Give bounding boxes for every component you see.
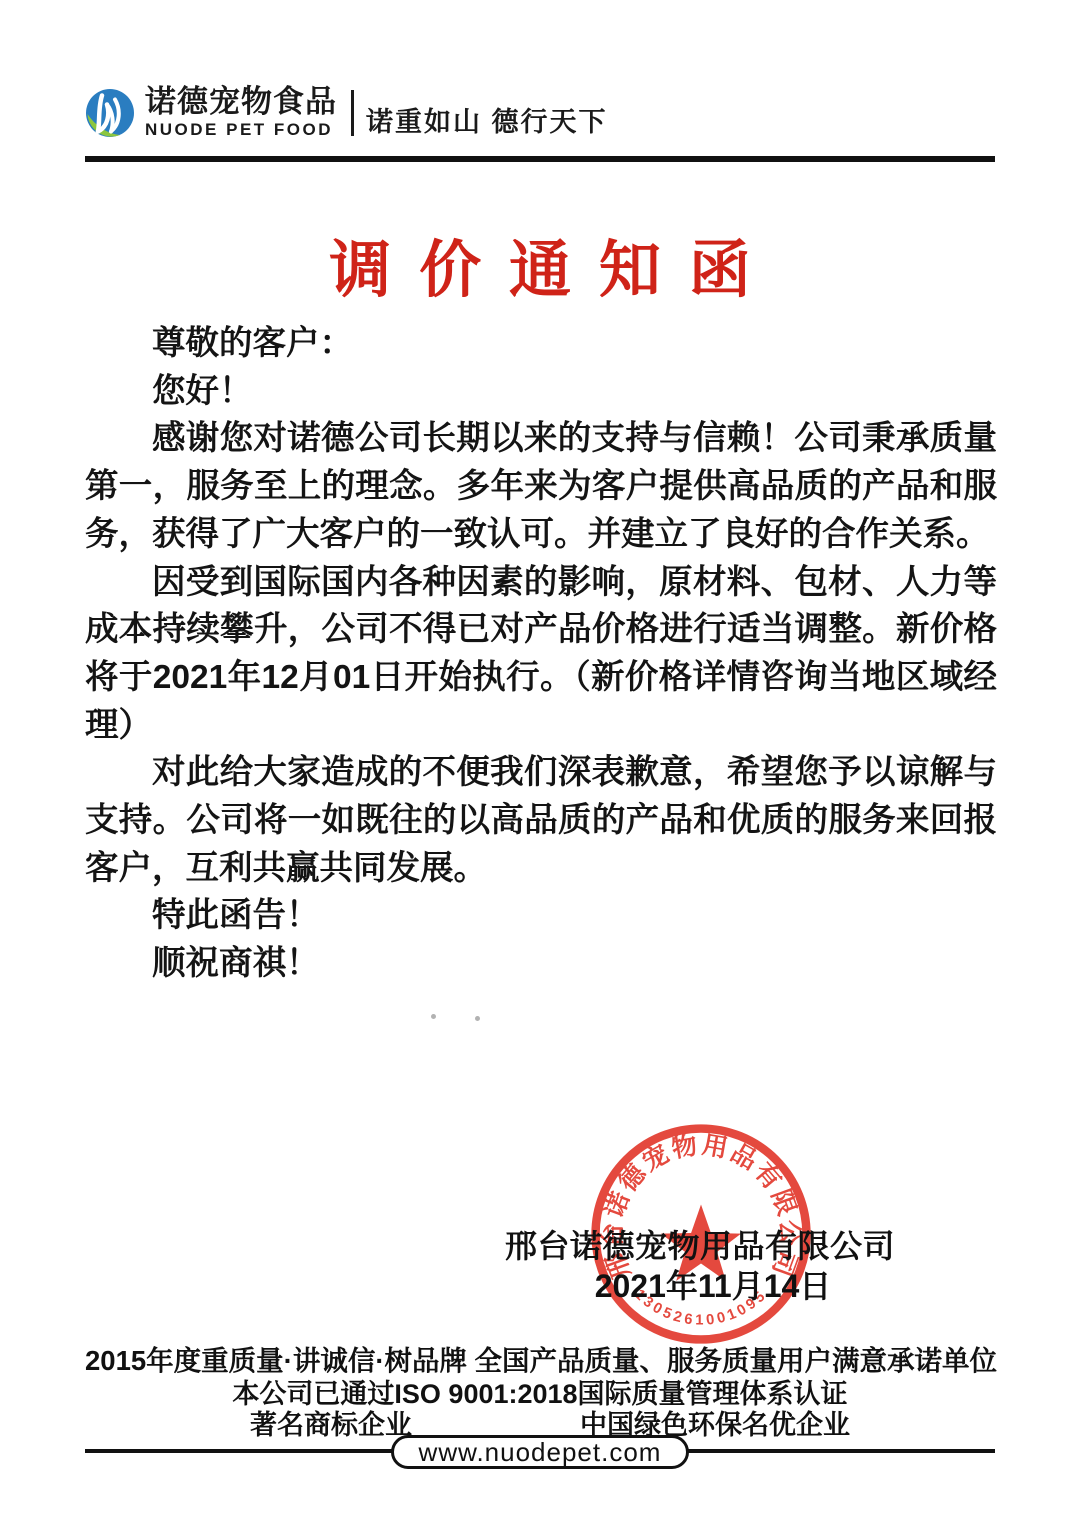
signature-date: 2021年11月14日	[498, 1266, 902, 1306]
scan-artifact-dot	[431, 1014, 436, 1019]
footer-brand-left: 著名商标企业	[250, 1403, 412, 1442]
company-slogan: 诺重如山 德行天下	[366, 88, 608, 139]
logo-name-cn: 诺德宠物食品	[145, 86, 337, 117]
paragraph: 对此给大家造成的不便我们深表歉意，希望您予以谅解与支持。公司将一如既往的以高品质…	[85, 749, 997, 892]
signature-block: 邢台诺德宠物用品有限公司 2021年11月14日	[498, 1226, 902, 1306]
website-url: www.nuodepet.com	[419, 1437, 662, 1468]
paragraph: 因受到国际国内各种因素的影响，原材料、包材、人力等成本持续攀升，公司不得已对产品…	[85, 559, 997, 750]
paragraph: 感谢您对诺德公司长期以来的支持与信赖！公司秉承质量第一，服务至上的理念。多年来为…	[85, 415, 997, 558]
letter-page: 诺德宠物食品 NUODE PET FOOD 诺重如山 德行天下 调价通知函 尊敬…	[0, 0, 1080, 1527]
nuode-logo-icon	[85, 88, 135, 138]
letter-body: 尊敬的客户： 您好！ 感谢您对诺德公司长期以来的支持与信赖！公司秉承质量第一，服…	[85, 320, 997, 988]
logo-text: 诺德宠物食品 NUODE PET FOOD	[145, 86, 337, 140]
salutation: 尊敬的客户：	[85, 320, 997, 368]
logo-name-en: NUODE PET FOOD	[145, 120, 337, 140]
closing-line: 特此函告！	[85, 892, 997, 940]
header: 诺德宠物食品 NUODE PET FOOD 诺重如山 德行天下	[85, 80, 608, 146]
signature-company: 邢台诺德宠物用品有限公司	[498, 1226, 902, 1266]
scan-artifact-dot	[475, 1016, 480, 1021]
page-title: 调价通知函	[0, 220, 1080, 309]
greeting: 您好！	[85, 368, 997, 416]
website-badge: www.nuodepet.com	[391, 1435, 689, 1469]
header-divider	[351, 90, 354, 136]
header-rule	[85, 156, 995, 162]
closing-line: 顺祝商祺！	[85, 940, 997, 988]
